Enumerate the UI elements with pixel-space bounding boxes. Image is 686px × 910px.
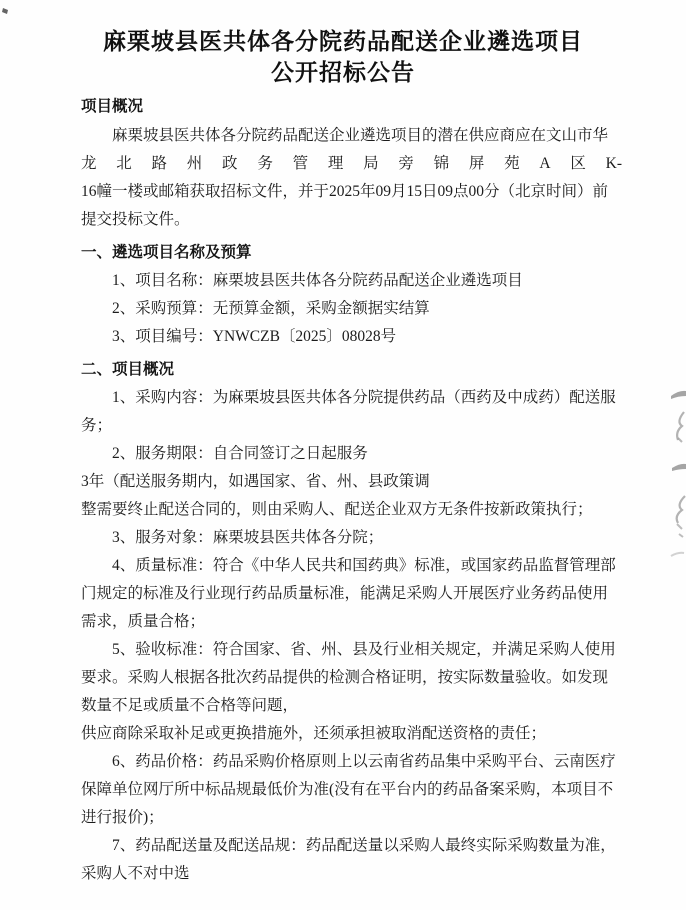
section2-line: 供应商除采取补足或更换措施外，还须承担被取消配送资格的责任； [81,720,622,748]
section2-line: 保障单位网厅所中标品规最低价为准(没有在平台内的药品备案采购，本项目不 [81,776,622,804]
section1-item: 2、采购预算：无预算金额，采购金额据实结算 [81,295,622,323]
document-title-line2: 公开招标公告 [64,57,622,88]
section2-line: 6、药品价格：药品采购价格原则上以云南省药品集中采购平台、云南医疗 [81,748,622,776]
section2-line: 整需要终止配送合同的，则由采购人、配送企业双方无条件按新政策执行； [81,496,622,524]
section2-line: 3、服务对象：麻栗坡县医共体各分院； [81,524,622,552]
scanned-document-page: 麻栗坡县医共体各分院药品配送企业遴选项目 公开招标公告 项目概况 麻栗坡县医共体… [0,0,686,910]
overview-heading: 项目概况 [81,93,622,121]
section2-line: 2、服务期限：自合同签订之日起服务 [81,440,622,468]
intro-line: 提交投标文件。 [81,206,622,234]
section2-line: 4、质量标准：符合《中华人民共和国药典》标准，或国家药品监督管理部 [81,552,622,580]
section2-line: 3年（配送服务期内，如遇国家、省、州、县政策调 [81,468,622,496]
section2-line: 务； [81,412,622,440]
document-title-line1: 麻栗坡县医共体各分院药品配送企业遴选项目 [64,26,622,57]
section2-line: 进行报价)； [81,804,622,832]
section2-line: 采购人不对中选 [81,860,622,888]
section2-heading: 二、项目概况 [81,356,622,384]
intro-line: 麻栗坡县医共体各分院药品配送企业遴选项目的潜在供应商应在文山市华 [81,122,622,150]
section2-body: 1、采购内容：为麻栗坡县医共体各分院提供药品（西药及中成药）配送服 务； 2、服… [81,384,622,888]
section1-heading: 一、遴选项目名称及预算 [81,239,622,267]
section2-line: 门规定的标准及行业现行药品质量标准，能满足采购人开展医疗业务药品使用 [81,580,622,608]
section2-line: 7、药品配送量及配送品规：药品配送量以采购人最终实际采购数量为准， [81,832,622,860]
intro-paragraph: 麻栗坡县医共体各分院药品配送企业遴选项目的潜在供应商应在文山市华 龙北路州政务管… [81,122,622,234]
intro-line-justified: 龙北路州政务管理局旁锦屏苑A区K- [81,150,622,178]
section1-body: 1、项目名称：麻栗坡县医共体各分院药品配送企业遴选项目 2、采购预算：无预算金额… [81,267,622,351]
section2-line: 数量不足或质量不合格等问题， [81,692,622,720]
section2-line: 1、采购内容：为麻栗坡县医共体各分院提供药品（西药及中成药）配送服 [81,384,622,412]
intro-line: 16幢一楼或邮箱获取招标文件，并于2025年09月15日09点00分（北京时间）… [81,178,622,206]
section2-line: 5、验收标准：符合国家、省、州、县及行业相关规定，并满足采购人使用 [81,636,622,664]
section2-line: 需求，质量合格； [81,608,622,636]
section1-item: 3、项目编号：YNWCZB〔2025〕08028号 [81,323,622,351]
section2-line: 要求。采购人根据各批次药品提供的检测合格证明，按实际数量验收。如发现 [81,664,622,692]
section1-item: 1、项目名称：麻栗坡县医共体各分院药品配送企业遴选项目 [81,267,622,295]
